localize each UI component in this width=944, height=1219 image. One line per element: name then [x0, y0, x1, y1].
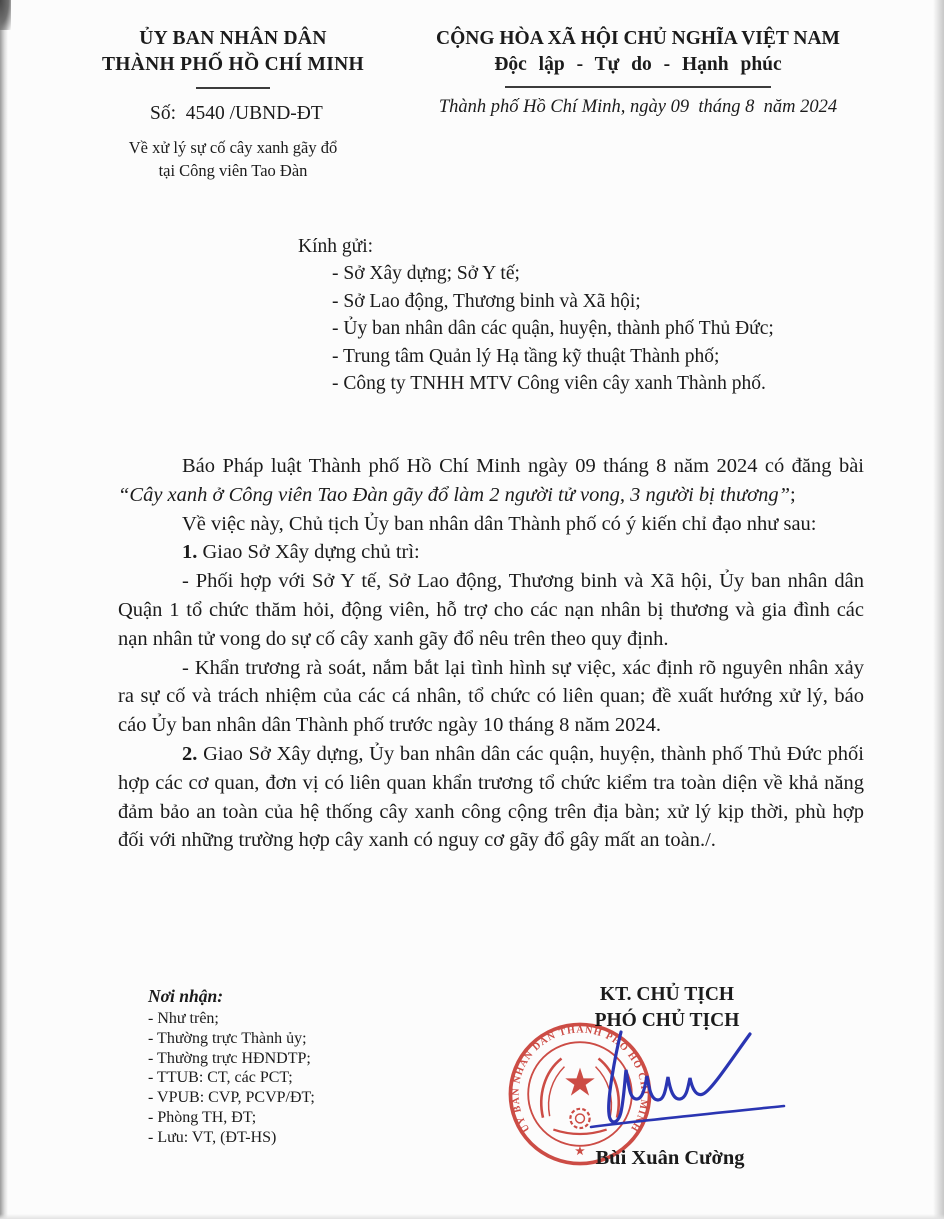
- section-1-point-a: - Phối hợp với Sở Y tế, Sở Lao động, Thư…: [118, 567, 864, 653]
- paragraph-press-report: Báo Pháp luật Thành phố Hồ Chí Minh ngày…: [118, 452, 864, 510]
- recipient-list: - Sở Xây dựng; Sở Y tế; - Sở Lao động, T…: [332, 260, 774, 397]
- scan-corner-mark: [0, 0, 11, 30]
- issuer-block: ỦY BAN NHÂN DÂN THÀNH PHỐ HỒ CHÍ MINH: [78, 26, 388, 89]
- scan-edge-left: [0, 0, 8, 1219]
- document-body: Báo Pháp luật Thành phố Hồ Chí Minh ngày…: [118, 452, 864, 855]
- signer-name: Bùi Xuân Cường: [520, 1147, 820, 1170]
- press-report-end: ;: [790, 484, 796, 506]
- scan-edge-bottom: [0, 1214, 944, 1219]
- recipient-item: - Công ty TNHH MTV Công viên cây xanh Th…: [332, 370, 774, 397]
- section-1-heading: 1. Giao Sở Xây dựng chủ trì:: [118, 538, 864, 567]
- section-2-text: Giao Sở Xây dựng, Ủy ban nhân dân các qu…: [118, 743, 864, 851]
- national-divider-rule: [505, 86, 771, 88]
- section-2-number: 2.: [182, 743, 197, 765]
- receive-label: Nơi nhận:: [148, 984, 315, 1009]
- national-motto-line2: Độc lập - Tự do - Hạnh phúc: [412, 52, 864, 78]
- issuer-name-line2: THÀNH PHỐ HỒ CHÍ MINH: [78, 52, 388, 78]
- receive-item: - Lưu: VT, (ĐT-HS): [148, 1128, 315, 1148]
- issuer-divider-rule: [196, 87, 270, 89]
- article-title-quote: “Cây xanh ở Công viên Tao Đàn gãy đổ làm…: [118, 484, 790, 506]
- press-report-text: Báo Pháp luật Thành phố Hồ Chí Minh ngày…: [182, 455, 864, 477]
- document-subject-line2: tại Công viên Tao Đàn: [78, 159, 388, 182]
- document-subject-line1: Về xử lý sự cố cây xanh gãy đổ: [78, 136, 388, 159]
- section-1-number: 1.: [182, 541, 197, 563]
- document-number: Số: 4540 /UBND-ĐT: [150, 103, 323, 125]
- receive-item: - TTUB: CT, các PCT;: [148, 1068, 315, 1088]
- salutation: Kính gửi:: [298, 233, 774, 260]
- receive-list-block: Nơi nhận: - Như trên; - Thường trực Thàn…: [148, 984, 315, 1148]
- receive-item: - Như trên;: [148, 1009, 315, 1029]
- receive-item: - Thường trực HĐNDTP;: [148, 1049, 315, 1069]
- document-page: ỦY BAN NHÂN DÂN THÀNH PHỐ HỒ CHÍ MINH Số…: [0, 0, 944, 1219]
- handwritten-signature: [585, 1022, 790, 1140]
- section-2-paragraph: 2. Giao Sở Xây dựng, Ủy ban nhân dân các…: [118, 740, 864, 855]
- receive-item: - VPUB: CVP, PCVP/ĐT;: [148, 1088, 315, 1108]
- receive-item: - Thường trực Thành ủy;: [148, 1029, 315, 1049]
- recipient-item: - Trung tâm Quản lý Hạ tầng kỹ thuật Thà…: [332, 343, 774, 370]
- section-1-point-b: - Khẩn trương rà soát, nắm bắt lại tình …: [118, 654, 864, 740]
- recipient-item: - Sở Lao động, Thương binh và Xã hội;: [332, 288, 774, 315]
- paragraph-directive-lead: Về việc này, Chủ tịch Ủy ban nhân dân Th…: [118, 510, 864, 539]
- scan-edge-right: [933, 0, 944, 1219]
- national-header-block: CỘNG HÒA XÃ HỘI CHỦ NGHĨA VIỆT NAM Độc l…: [412, 26, 864, 118]
- national-motto-line1: CỘNG HÒA XÃ HỘI CHỦ NGHĨA VIỆT NAM: [412, 26, 864, 52]
- recipient-item: - Ủy ban nhân dân các quận, huyện, thành…: [332, 315, 774, 342]
- document-subject: Về xử lý sự cố cây xanh gãy đổ tại Công …: [78, 136, 388, 182]
- receive-item: - Phòng TH, ĐT;: [148, 1108, 315, 1128]
- section-1-title: Giao Sở Xây dựng chủ trì:: [197, 541, 419, 563]
- recipient-item: - Sở Xây dựng; Sở Y tế;: [332, 260, 774, 287]
- place-date-line: Thành phố Hồ Chí Minh, ngày 09 tháng 8 n…: [412, 97, 864, 118]
- signer-title-line1: KT. CHỦ TỊCH: [500, 982, 834, 1008]
- recipients-block: Kính gửi: - Sở Xây dựng; Sở Y tế; - Sở L…: [298, 233, 774, 397]
- issuer-name-line1: ỦY BAN NHÂN DÂN: [78, 26, 388, 52]
